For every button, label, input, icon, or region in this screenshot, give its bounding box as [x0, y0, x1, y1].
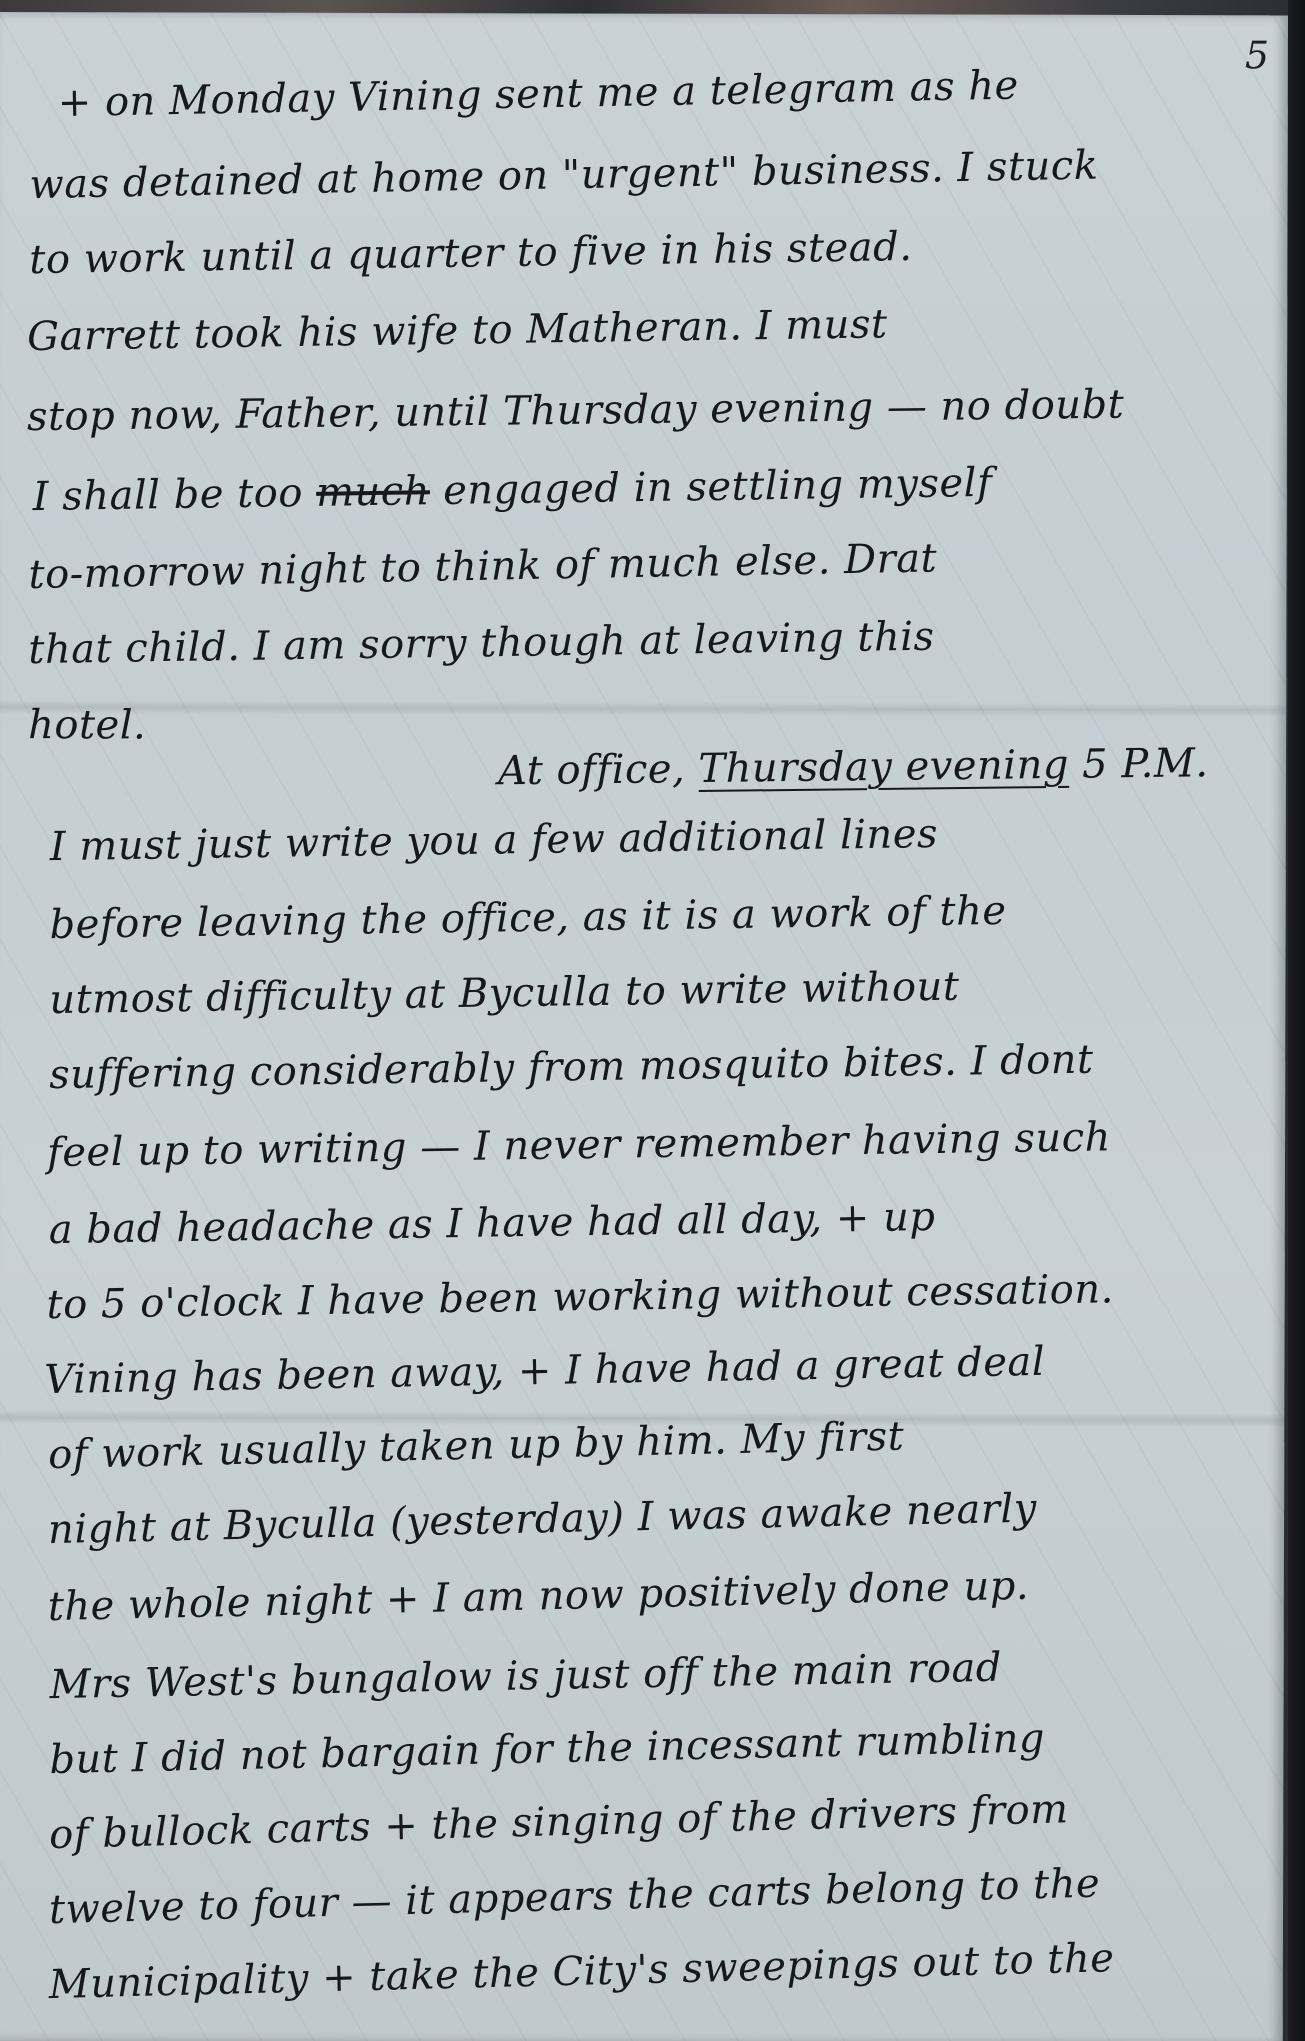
heading-suffix: 5 P.M. [1069, 740, 1209, 788]
text-fragment: engaged in settling myself [430, 460, 993, 514]
text-line: of bullock carts + the singing of the dr… [49, 1786, 1069, 1858]
paper-fold [0, 700, 1286, 717]
struck-word: much [316, 468, 431, 516]
text-line: Mrs West's bungalow is just off the main… [49, 1645, 1002, 1708]
section-heading: At office, Thursday evening 5 P.M. [498, 740, 1209, 794]
text-line: stop now, Father, until Thursday evening… [27, 382, 1125, 440]
page-number: 5 [1245, 33, 1269, 77]
text-line: suffering considerably from mosquito bit… [49, 1037, 1094, 1098]
heading-prefix: At office, [498, 746, 699, 794]
text-line: I must just write you a few additional l… [49, 811, 938, 870]
text-line: Garrett took his wife to Matheran. I mus… [27, 301, 888, 360]
text-line: twelve to four — it appears the carts be… [48, 1861, 1100, 1934]
text-line: night at Byculla (yesterday) I was awake… [48, 1486, 1038, 1554]
text-line: but I did not bargain for the incessant … [49, 1715, 1045, 1783]
photo-background-right [1288, 0, 1305, 2041]
text-line: a bad headache as I have had all day, + … [48, 1194, 935, 1253]
text-line: the whole night + I am now positively do… [47, 1563, 1029, 1630]
text-fragment: I shall be too [32, 470, 316, 520]
text-line: to work until a quarter to five in his s… [29, 224, 913, 283]
text-line: to-morrow night to think of much else. D… [28, 535, 937, 598]
heading-underlined: Thursday evening [698, 742, 1069, 792]
text-line: Municipality + take the City's sweepings… [48, 1935, 1115, 2008]
text-line: before leaving the office, as it is a wo… [49, 888, 1007, 948]
text-line: hotel. [28, 702, 146, 748]
text-line: that child. I am sorry though at leaving… [28, 614, 935, 673]
text-line: utmost difficulty at Byculla to write wi… [49, 964, 960, 1023]
letter-page: 5 + on Monday Vining sent me a telegram … [0, 12, 1288, 2041]
text-line-with-strikethrough: I shall be too much engaged in settling … [32, 460, 992, 520]
text-line: + on Monday Vining sent me a telegram as… [57, 63, 1019, 127]
text-line: feel up to writing — I never remember ha… [47, 1114, 1112, 1176]
text-line: was detained at home on "urgent" busines… [29, 142, 1099, 208]
text-line: Vining has been away, + I have had a gre… [44, 1339, 1046, 1403]
text-line: to 5 o'clock I have been working without… [46, 1266, 1114, 1328]
